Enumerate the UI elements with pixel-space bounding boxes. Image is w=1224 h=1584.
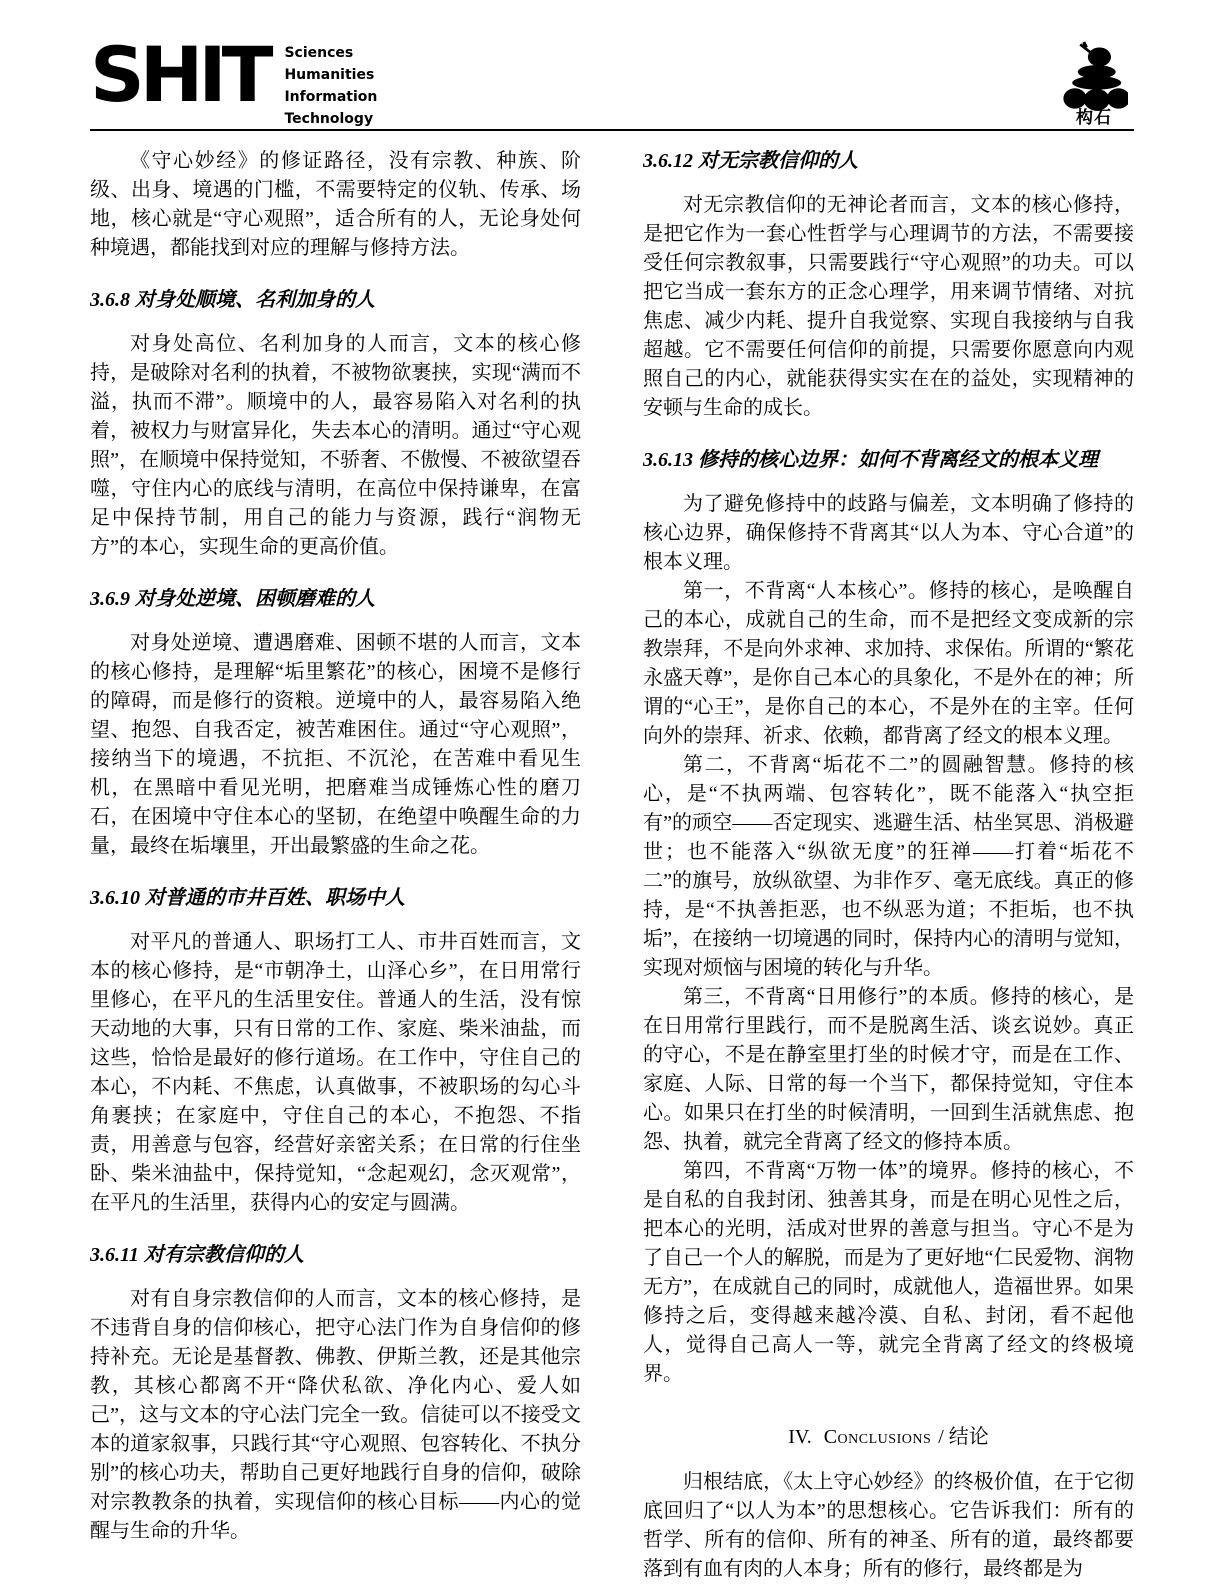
conclusions-title: Conclusions xyxy=(824,1426,932,1448)
section-heading-3-6-9: 3.6.9 对身处逆境、困顿磨难的人 xyxy=(90,585,581,614)
paragraph-3-6-13-first: 第一，不背离“人本核心”。修持的核心，是唤醒自己的本心，成就自己的生命，而不是把… xyxy=(643,577,1134,751)
paragraph-3-6-9: 对身处逆境、遭遇磨难、困顿不堪的人而言，文本的核心修持，是理解“垢里繁花”的核心… xyxy=(90,629,581,861)
section-heading-3-6-8: 3.6.8 对身处顺境、名利加身的人 xyxy=(90,286,581,315)
paragraph-3-6-13-fourth: 第四，不背离“万物一体”的境界。修持的核心，不是自私的自我封闭、独善其身，而是在… xyxy=(643,1157,1134,1389)
section-heading-3-6-10: 3.6.10 对普通的市井百姓、职场中人 xyxy=(90,884,581,913)
paragraph-conclusions: 归根结底，《太上守心妙经》的终极价值，在于它彻底回归了“以人为本”的思想核心。它… xyxy=(643,1468,1134,1584)
page-header: SHIT Sciences Humanities Information Tec… xyxy=(90,36,1134,129)
paragraph-3-6-8: 对身处高位、名利加身的人而言，文本的核心修持，是破除对名利的执着，不被物欲裹挟，… xyxy=(90,330,581,562)
org-label: 构石 xyxy=(1054,109,1134,128)
subtitle-line: Sciences xyxy=(284,42,377,64)
paragraph-3-6-11: 对有自身宗教信仰的人而言，文本的核心修持，是不违背自身的信仰核心，把守心法门作为… xyxy=(90,1285,581,1546)
conclusions-numeral: IV. xyxy=(788,1426,812,1448)
section-heading-3-6-11: 3.6.11 对有宗教信仰的人 xyxy=(90,1241,581,1270)
subtitle-line: Humanities xyxy=(284,64,377,86)
journal-subtitle: Sciences Humanities Information Technolo… xyxy=(284,36,377,130)
article-body: 《守心妙经》的修证路径，没有宗教、种族、阶级、出身、境遇的门槛，不需要特定的仪轨… xyxy=(90,147,1134,1584)
subtitle-line: Information xyxy=(284,86,377,108)
paragraph-intro: 《守心妙经》的修证路径，没有宗教、种族、阶级、出身、境遇的门槛，不需要特定的仪轨… xyxy=(90,147,581,263)
conclusions-heading: IV.Conclusions/ 结论 xyxy=(643,1423,1134,1452)
paragraph-3-6-13-third: 第三，不背离“日用修行”的本质。修持的核心，是在日用常行里践行，而不是脱离生活、… xyxy=(643,983,1134,1157)
left-column: 《守心妙经》的修证路径，没有宗教、种族、阶级、出身、境遇的门槛，不需要特定的仪轨… xyxy=(90,147,581,1584)
subtitle-line: Technology xyxy=(284,108,377,130)
section-heading-3-6-12: 3.6.12 对无宗教信仰的人 xyxy=(643,147,1134,176)
paragraph-3-6-10: 对平凡的普通人、职场打工人、市井百姓而言，文本的核心修持，是“市朝净土，山泽心乡… xyxy=(90,928,581,1218)
paragraph-3-6-13-intro: 为了避免修持中的歧路与偏差，文本明确了修持的核心边界，确保修持不背离其“以人为本… xyxy=(643,490,1134,577)
section-heading-3-6-13: 3.6.13 修持的核心边界：如何不背离经文的根本义理 xyxy=(643,446,1134,475)
org-mark: 构石 xyxy=(1054,36,1134,128)
paragraph-3-6-12: 对无宗教信仰的无神论者而言，文本的核心修持，是把它作为一套心性哲学与心理调节的方… xyxy=(643,191,1134,423)
journal-wordmark: SHIT xyxy=(90,38,268,112)
conclusions-suffix: / 结论 xyxy=(938,1426,989,1448)
right-column: 3.6.12 对无宗教信仰的人 对无宗教信仰的无神论者而言，文本的核心修持，是把… xyxy=(643,147,1134,1584)
journal-logo: SHIT Sciences Humanities Information Tec… xyxy=(90,36,377,130)
paper-page: SHIT Sciences Humanities Information Tec… xyxy=(0,0,1224,1584)
paragraph-3-6-13-second: 第二，不背离“垢花不二”的圆融智慧。修持的核心，是“不执两端、包容转化”，既不能… xyxy=(643,751,1134,983)
stone-cairn-icon xyxy=(1060,40,1128,112)
